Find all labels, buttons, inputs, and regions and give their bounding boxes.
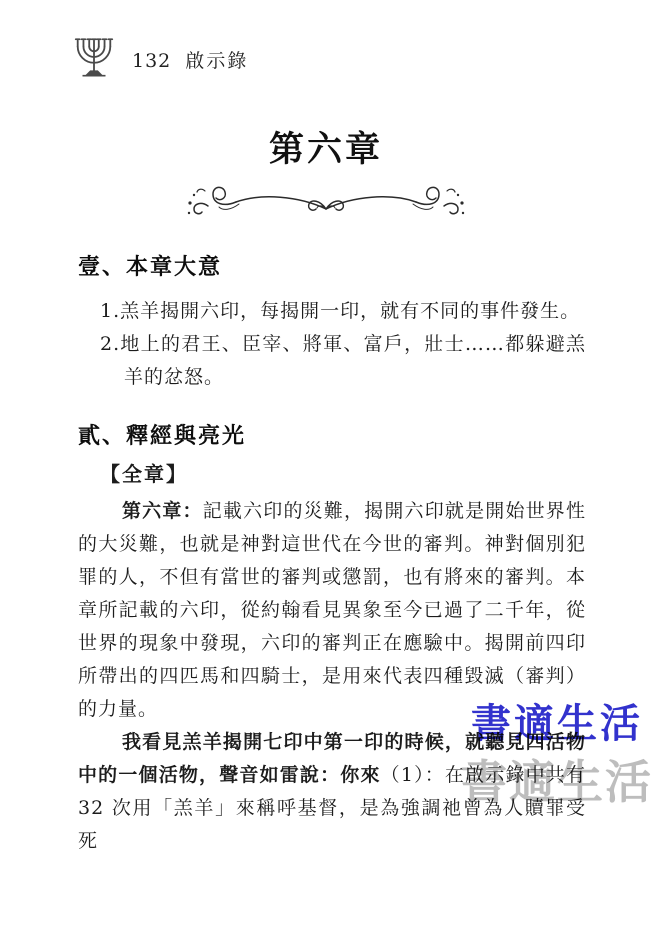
header-text: 132 啟示錄 — [132, 42, 248, 73]
outline-item-2-text: 地上的君王、臣宰、將軍、富戶，壯士……都躲避羔羊的忿怒。 — [120, 333, 586, 388]
exegesis-paragraph-2: 我看見羔羊揭開七印中第一印的時候，就聽見四活物中的一個活物，聲音如雷說：你來（1… — [78, 726, 586, 858]
menorah-icon — [70, 34, 118, 80]
outline-item-2-number: 2. — [100, 333, 120, 355]
outline-item-1: 1.羔羊揭開六印，每揭開一印，就有不同的事件發生。 — [78, 295, 586, 328]
paragraph-1-body: 記載六印的災難，揭開六印就是開始世界性的大災難，也就是神對這世代在今世的審判。神… — [78, 500, 586, 720]
exegesis-paragraph-1: 第六章：記載六印的災難，揭開六印就是開始世界性的大災難，也就是神對這世代在今世的… — [78, 495, 586, 726]
outline-list: 1.羔羊揭開六印，每揭開一印，就有不同的事件發生。 2.地上的君王、臣宰、將軍、… — [78, 295, 586, 394]
chapter-title: 第六章 — [0, 122, 652, 172]
book-page: 132 啟示錄 第六章 壹、本章大意 1.羔 — [0, 0, 652, 925]
section-exegesis-heading: 貳、釋經與亮光 — [78, 421, 586, 451]
exegesis-subheading: 【全章】 — [100, 460, 586, 488]
outline-item-1-number: 1. — [100, 300, 120, 322]
section-outline-heading: 壹、本章大意 — [78, 252, 586, 282]
page-content: 壹、本章大意 1.羔羊揭開六印，每揭開一印，就有不同的事件發生。 2.地上的君王… — [78, 252, 586, 858]
running-header: 132 啟示錄 — [70, 34, 248, 80]
outline-item-1-text: 羔羊揭開六印，每揭開一印，就有不同的事件發生。 — [120, 300, 580, 322]
header-page-number: 132 — [132, 50, 171, 72]
header-book-title: 啟示錄 — [185, 50, 248, 72]
outline-item-2: 2.地上的君王、臣宰、將軍、富戶，壯士……都躲避羔羊的忿怒。 — [78, 328, 586, 394]
paragraph-1-lead: 第六章： — [122, 500, 203, 522]
flourish-divider-icon — [185, 182, 467, 228]
